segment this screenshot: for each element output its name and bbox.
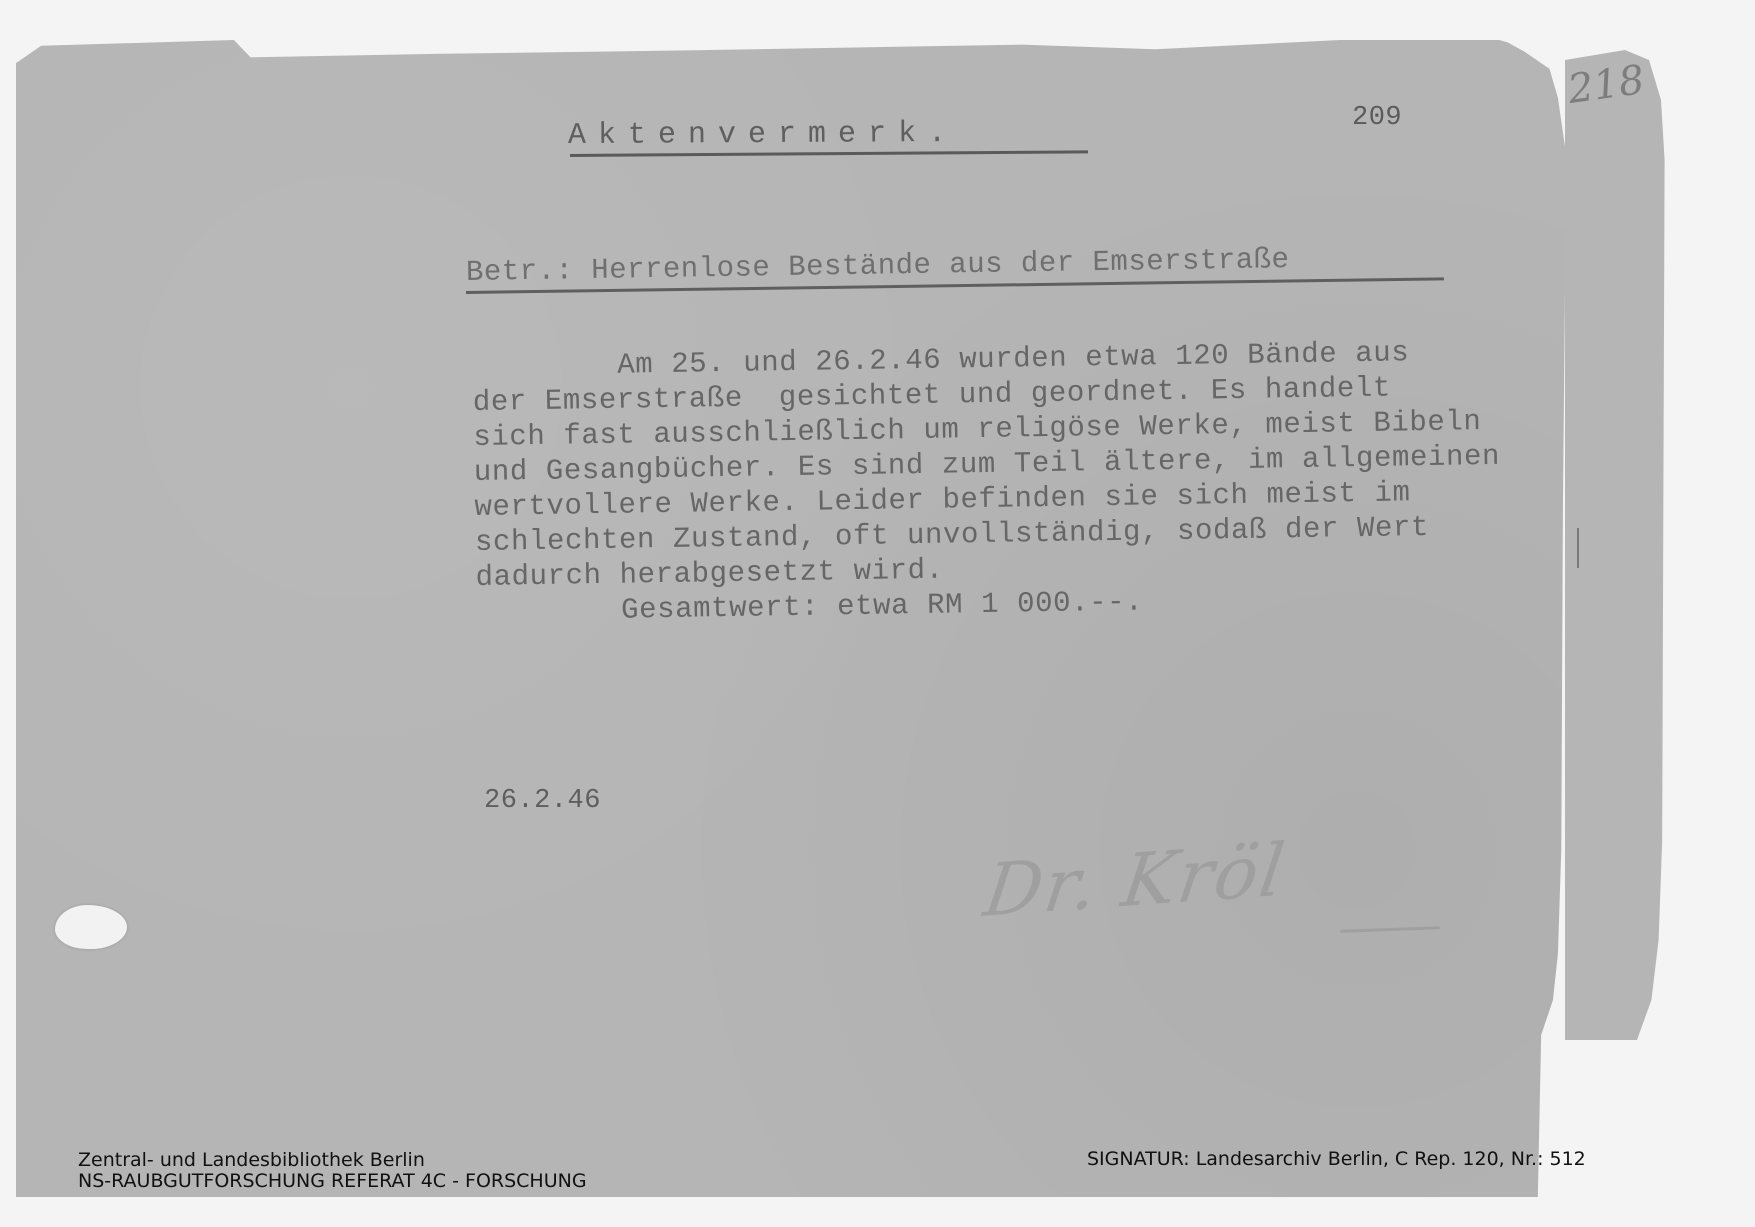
margin-mark <box>1577 528 1579 568</box>
memo-date: 26.2.46 <box>484 786 601 816</box>
punch-hole <box>55 905 127 949</box>
document-heading: Aktenvermerk. <box>568 117 958 153</box>
memo-body: Am 25. und 26.2.46 wurden etwa 120 Bände… <box>472 334 1502 630</box>
footer-department: NS-RAUBGUTFORSCHUNG REFERAT 4C - FORSCHU… <box>78 1171 587 1192</box>
footer-institution-name: Zentral- und Landesbibliothek Berlin <box>78 1150 587 1171</box>
document-sheet-edge <box>1565 40 1685 1040</box>
footer-institution: Zentral- und Landesbibliothek Berlin NS-… <box>78 1150 587 1192</box>
footer-archive-signature: SIGNATUR: Landesarchiv Berlin, C Rep. 12… <box>1087 1149 1586 1170</box>
page-number-typed: 209 <box>1352 103 1402 133</box>
